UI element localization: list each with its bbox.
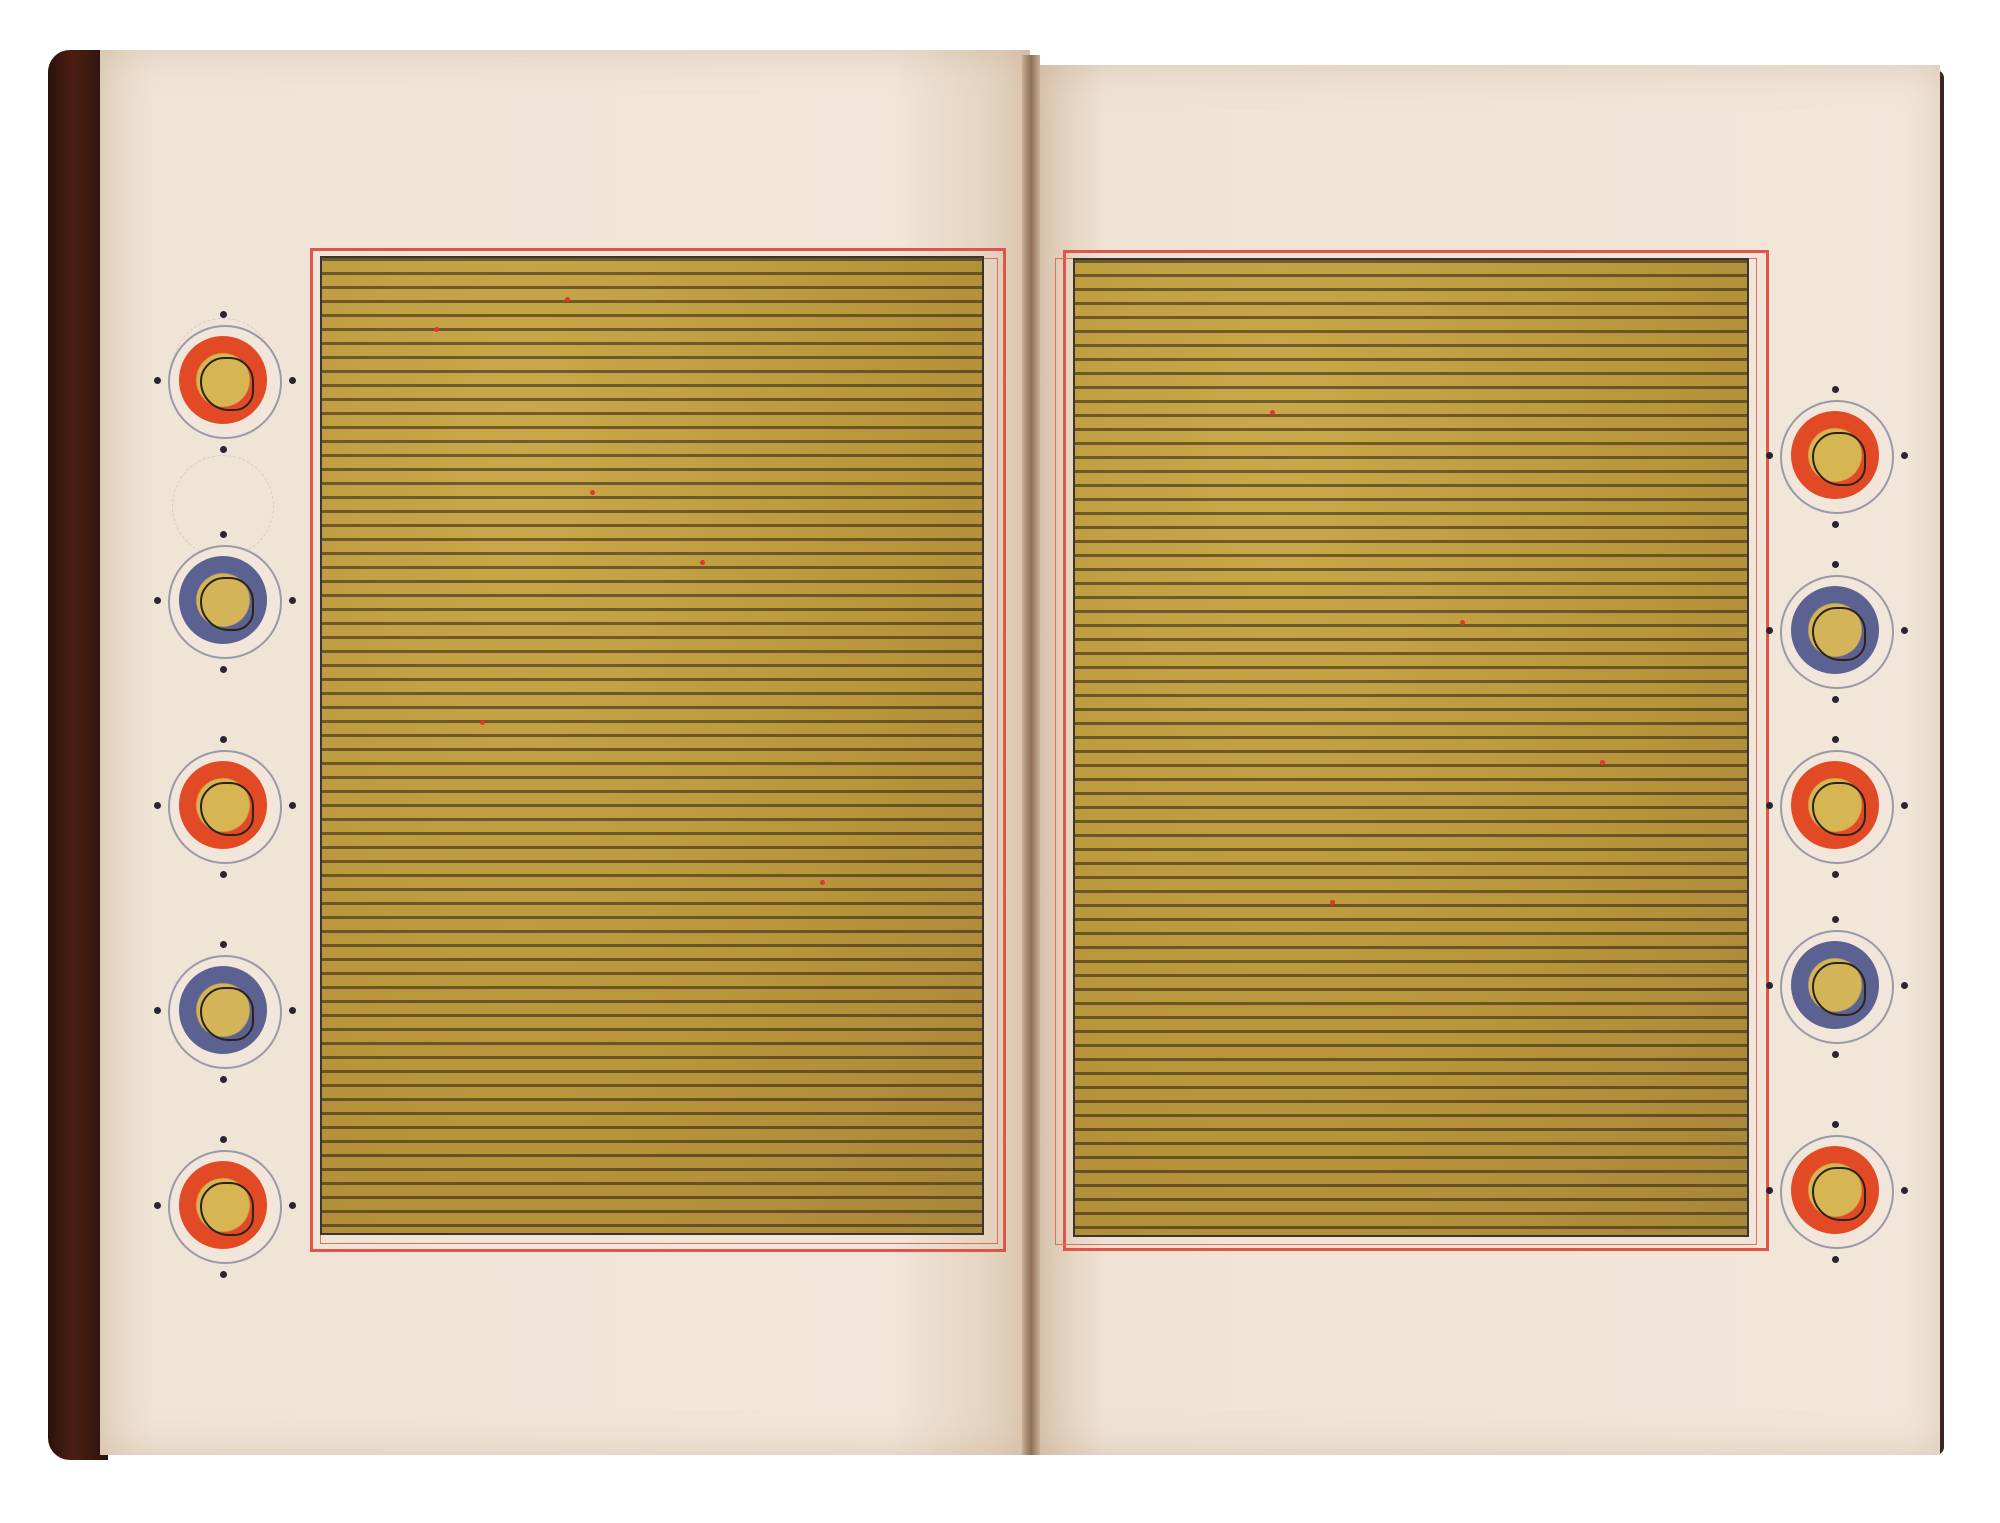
verse-marker <box>565 297 570 302</box>
left-medallion-4 <box>168 955 282 1069</box>
verse-marker <box>820 880 825 885</box>
right-medallion-5 <box>1780 1135 1894 1249</box>
book-gutter <box>1022 55 1040 1455</box>
verse-marker <box>1600 760 1605 765</box>
left-gold-text-block <box>320 256 984 1235</box>
left-medallion-5 <box>168 1150 282 1264</box>
left-medallion-2 <box>168 545 282 659</box>
manuscript-photo: Open illuminated Arabic manuscript <box>0 0 2000 1523</box>
verse-marker <box>590 490 595 495</box>
verse-marker <box>1460 620 1465 625</box>
verse-marker <box>1330 900 1335 905</box>
verse-marker <box>1270 410 1275 415</box>
faint-medallion-trace <box>172 455 274 557</box>
right-medallion-2 <box>1780 575 1894 689</box>
verse-marker <box>480 720 485 725</box>
book-cover-spine <box>48 50 108 1460</box>
verse-marker <box>700 560 705 565</box>
right-medallion-3 <box>1780 750 1894 864</box>
right-gold-text-block <box>1073 258 1749 1237</box>
verse-marker <box>434 327 439 332</box>
left-medallion-1 <box>168 325 282 439</box>
right-medallion-1 <box>1780 400 1894 514</box>
right-medallion-4 <box>1780 930 1894 1044</box>
left-medallion-3 <box>168 750 282 864</box>
